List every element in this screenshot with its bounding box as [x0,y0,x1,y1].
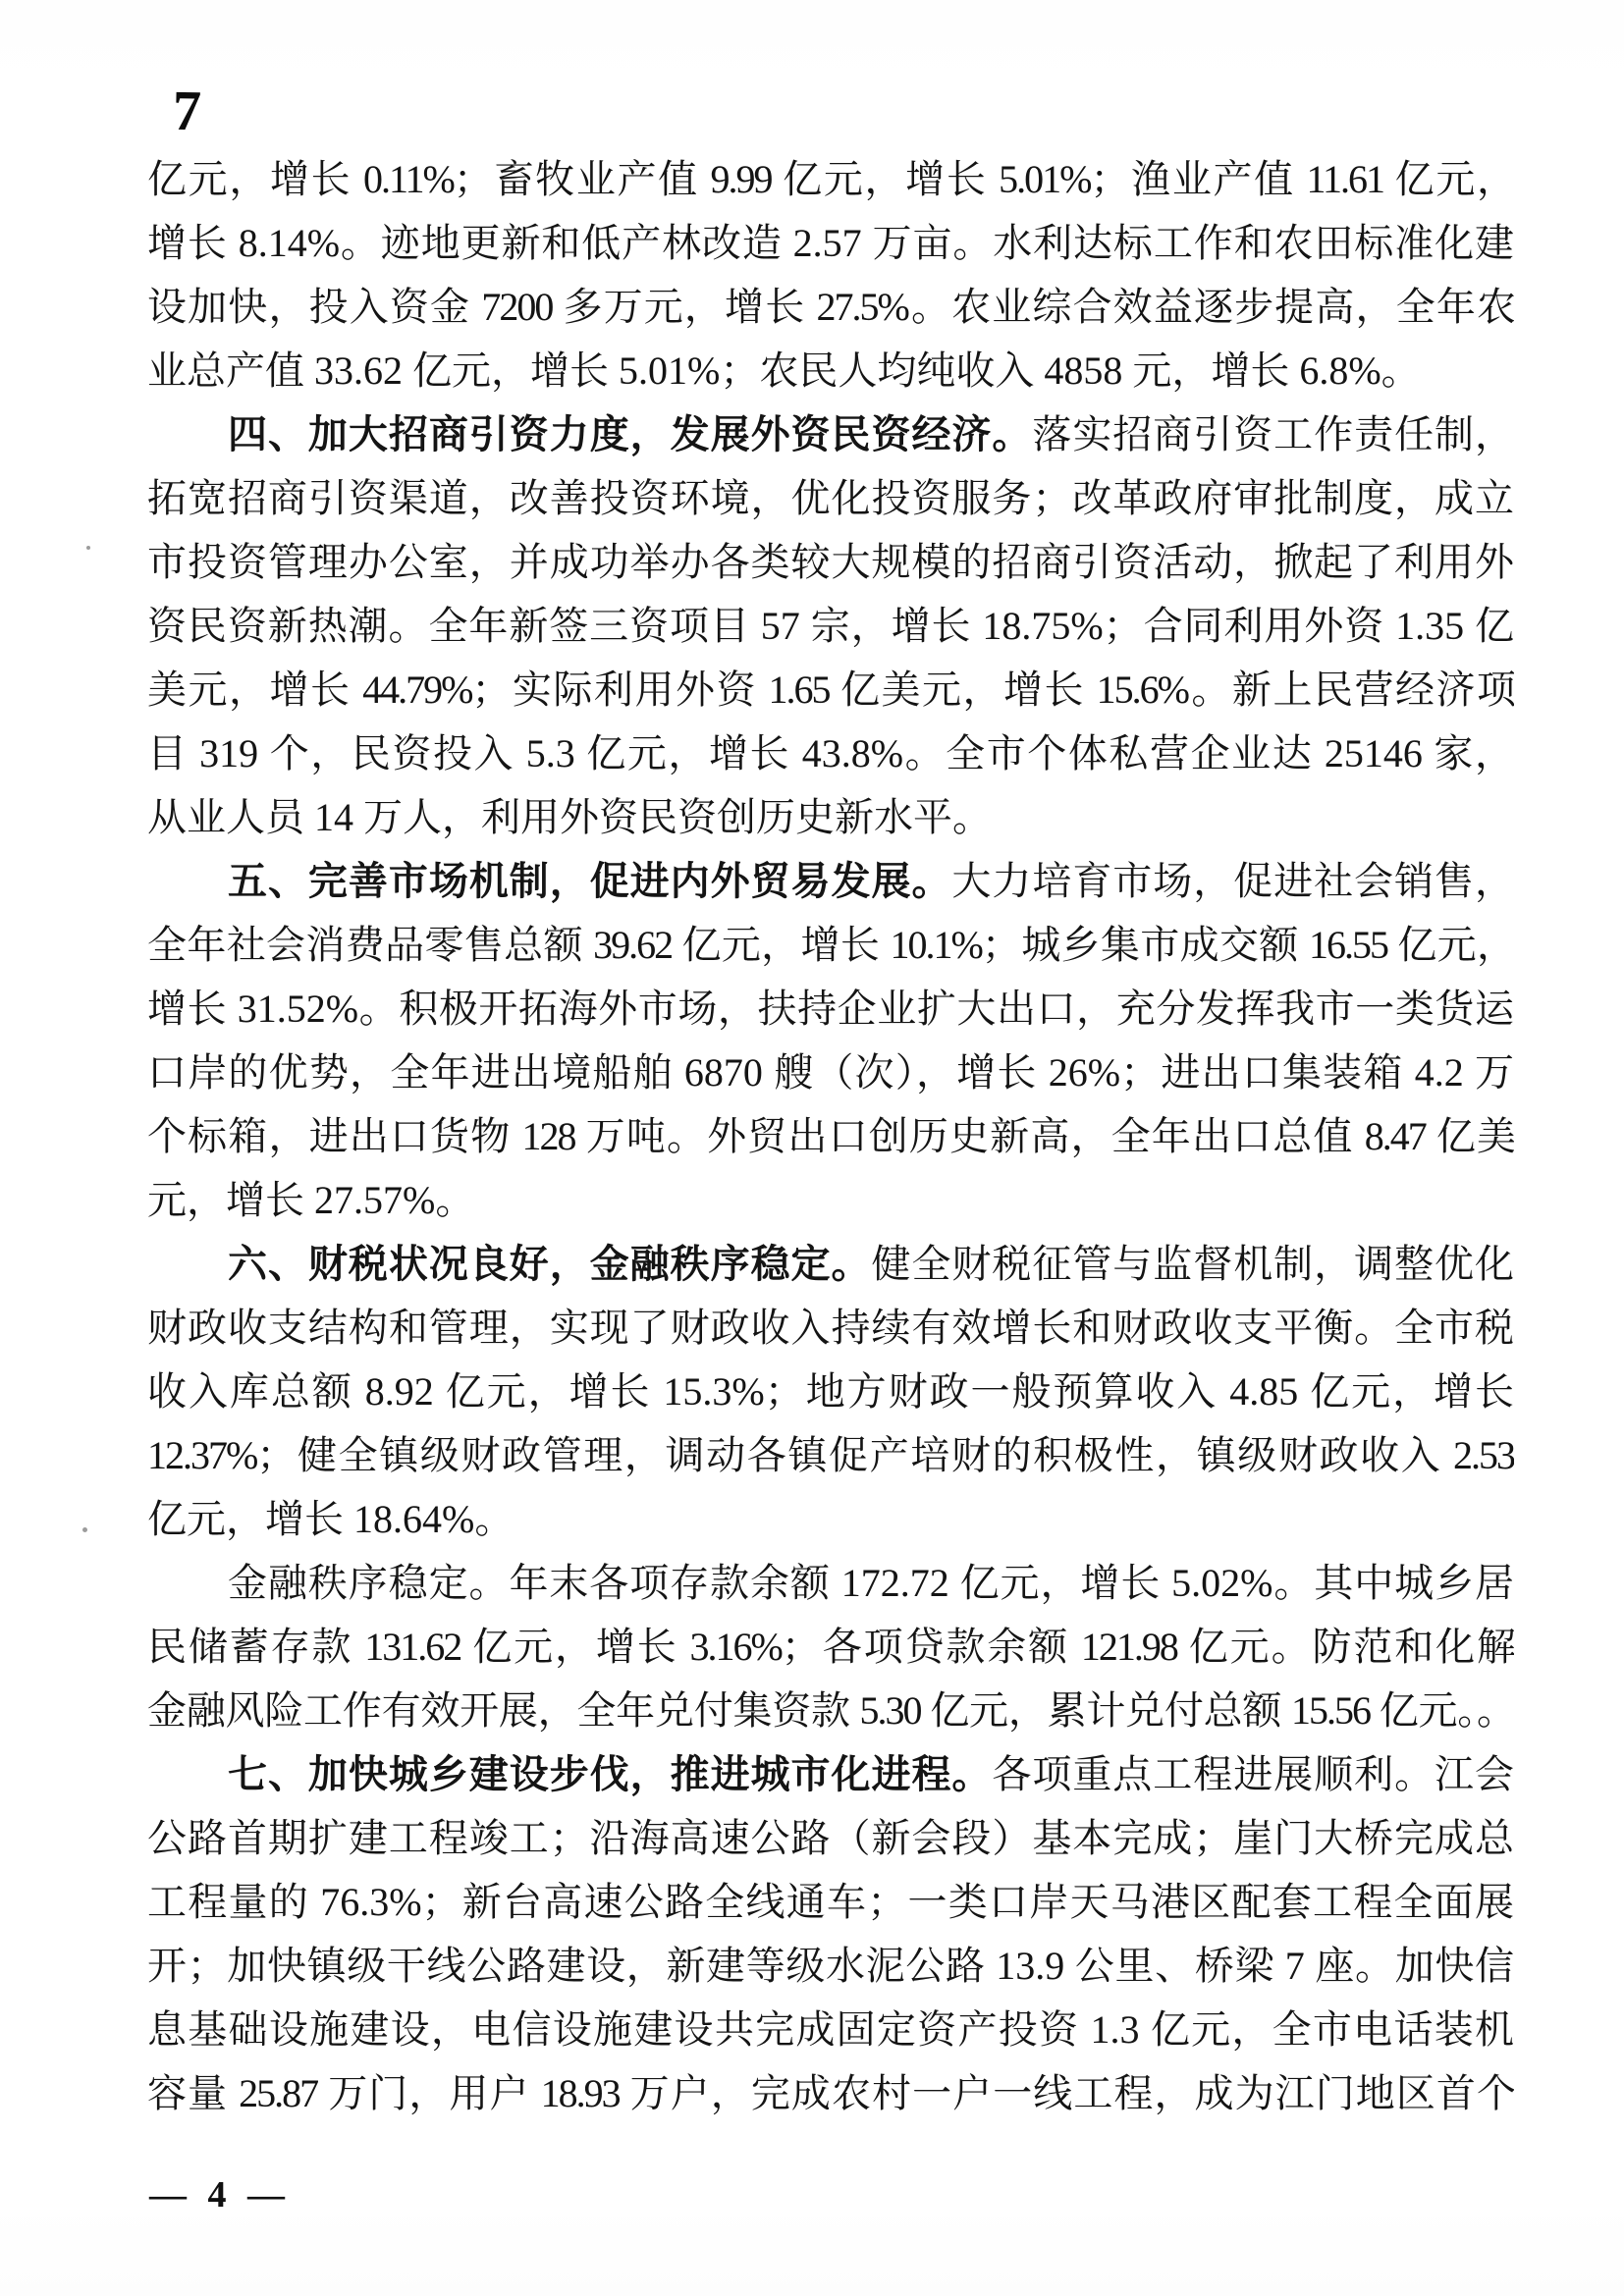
text-segment: 目 319 个，民资投入 5.3 亿元，增长 43.8%。全市个体私营企业达 2… [147,731,1514,775]
text-line: 金融风险工作有效开展，全年兑付集资款 5.30 亿元，累计兑付总额 15.56 … [147,1679,1514,1742]
text-line: 全年社会消费品零售总额 39.62 亿元，增长 10.1%；城乡集市成交额 16… [147,913,1514,977]
text-segment: 金融风险工作有效开展，全年兑付集资款 5.30 亿元，累计兑付总额 15.56 … [147,1688,1514,1733]
scanned-page: { "page": { "handwritten_mark": "7", "fo… [0,0,1624,2296]
text-line: 市投资管理办公室，并成功举办各类较大规模的招商引资活动，掀起了利用外 [147,530,1514,594]
text-line: 拓宽招商引资渠道，改善投资环境，优化投资服务；改革政府审批制度，成立 [147,466,1514,530]
text-line: 财政收支结构和管理，实现了财政收入持续有效增长和财政收支平衡。全市税 [147,1296,1514,1360]
text-line: 个标箱，进出口货物 128 万吨。外贸出口创历史新高，全年出口总值 8.47 亿… [147,1104,1514,1168]
text-segment: 全年社会消费品零售总额 39.62 亿元，增长 10.1%；城乡集市成交额 16… [147,923,1514,967]
text-segment: 亿元，增长 0.11%；畜牧业产值 9.99 亿元，增长 5.01%；渔业产值 … [147,157,1514,201]
text-line: 目 319 个，民资投入 5.3 亿元，增长 43.8%。全市个体私营企业达 2… [147,721,1514,785]
scan-speck [86,546,90,550]
text-segment: 健全财税征管与监督机制，调整优化 [871,1242,1514,1286]
text-segment: 亿元，增长 18.64%。 [147,1497,514,1541]
text-block: 亿元，增长 0.11%；畜牧业产值 9.99 亿元，增长 5.01%；渔业产值 … [147,147,1514,2125]
text-line: 五、完善市场机制，促进内外贸易发展。大力培育市场，促进社会销售， [147,849,1514,913]
text-line: 容量 25.87 万门，用户 18.93 万户，完成农村一户一线工程，成为江门地… [147,2061,1514,2125]
text-segment: 落实招商引资工作责任制， [1032,412,1514,456]
text-line: 资民资新热潮。全年新签三资项目 57 宗，增长 18.75%；合同利用外资 1.… [147,594,1514,658]
text-segment: 从业人员 14 万人，利用外资民资创历史新水平。 [147,795,992,839]
text-segment: 资民资新热潮。全年新签三资项目 57 宗，增长 18.75%；合同利用外资 1.… [147,604,1514,648]
section-heading: 五、完善市场机制，促进内外贸易发展。 [228,860,951,903]
text-line: 民储蓄存款 131.62 亿元，增长 3.16%；各项贷款余额 121.98 亿… [147,1615,1514,1679]
text-segment: 元，增长 27.57%。 [147,1178,474,1222]
text-segment: 市投资管理办公室，并成功举办各类较大规模的招商引资活动，掀起了利用外 [147,540,1514,584]
text-segment: 财政收支结构和管理，实现了财政收入持续有效增长和财政收支平衡。全市税 [147,1306,1514,1350]
text-line: 七、加快城乡建设步伐，推进城市化进程。各项重点工程进展顺利。江会 [147,1742,1514,1806]
text-line: 口岸的优势，全年进出境船舶 6870 艘（次），增长 26%；进出口集装箱 4.… [147,1041,1514,1104]
text-segment: 各项重点工程进展顺利。江会 [992,1752,1514,1796]
handwritten-page-mark: 7 [172,82,201,139]
text-segment: 设加快，投入资金 7200 多万元，增长 27.5%。农业综合效益逐步提高，全年… [147,285,1514,329]
text-segment: 息基础设施建设，电信设施建设共完成固定资产投资 1.3 亿元，全市电话装机 [147,2007,1514,2052]
scan-speck [82,1527,87,1532]
text-segment: 拓宽招商引资渠道，改善投资环境，优化投资服务；改革政府审批制度，成立 [147,476,1514,520]
text-segment: 工程量的 76.3%；新台高速公路全线通车；一类口岸天马港区配套工程全面展 [147,1880,1514,1924]
text-line: 四、加大招商引资力度，发展外资民资经济。落实招商引资工作责任制， [147,402,1514,466]
text-line: 公路首期扩建工程竣工；沿海高速公路（新会段）基本完成；崖门大桥完成总 [147,1806,1514,1870]
text-segment: 收入库总额 8.92 亿元，增长 15.3%；地方财政一般预算收入 4.85 亿… [147,1369,1514,1414]
text-line: 业总产值 33.62 亿元，增长 5.01%；农民人均纯收入 4858 元，增长… [147,339,1514,402]
text-line: 美元，增长 44.79%；实际利用外资 1.65 亿美元，增长 15.6%。新上… [147,658,1514,721]
text-line: 从业人员 14 万人，利用外资民资创历史新水平。 [147,785,1514,849]
text-segment: 开；加快镇级干线公路建设，新建等级水泥公路 13.9 公里、桥梁 7 座。加快信 [147,1944,1514,1988]
text-line: 收入库总额 8.92 亿元，增长 15.3%；地方财政一般预算收入 4.85 亿… [147,1360,1514,1423]
text-line: 金融秩序稳定。年末各项存款余额 172.72 亿元，增长 5.02%。其中城乡居 [147,1551,1514,1615]
text-segment: 容量 25.87 万门，用户 18.93 万户，完成农村一户一线工程，成为江门地… [147,2071,1514,2115]
text-segment: 公路首期扩建工程竣工；沿海高速公路（新会段）基本完成；崖门大桥完成总 [147,1816,1514,1860]
text-segment: 民储蓄存款 131.62 亿元，增长 3.16%；各项贷款余额 121.98 亿… [147,1625,1514,1669]
text-line: 元，增长 27.57%。 [147,1168,1514,1232]
text-line: 息基础设施建设，电信设施建设共完成固定资产投资 1.3 亿元，全市电话装机 [147,1998,1514,2061]
text-segment: 增长 8.14%。迹地更新和低产林改造 2.57 万亩。水利达标工作和农田标准化… [147,221,1514,265]
text-line: 工程量的 76.3%；新台高速公路全线通车；一类口岸天马港区配套工程全面展 [147,1870,1514,1934]
text-segment: 增长 31.52%。积极开拓海外市场，扶持企业扩大出口，充分发挥我市一类货运 [147,987,1514,1031]
document-page: 7 亿元，增长 0.11%；畜牧业产值 9.99 亿元，增长 5.01%；渔业产… [0,0,1624,2296]
text-segment: 12.37%；健全镇级财政管理，调动各镇促产培财的积极性，镇级财政收入 2.53 [147,1433,1514,1477]
text-line: 增长 31.52%。积极开拓海外市场，扶持企业扩大出口，充分发挥我市一类货运 [147,977,1514,1041]
text-segment: 大力培育市场，促进社会销售， [951,859,1514,903]
text-line: 开；加快镇级干线公路建设，新建等级水泥公路 13.9 公里、桥梁 7 座。加快信 [147,1934,1514,1998]
text-line: 六、财税状况良好，金融秩序稳定。健全财税征管与监督机制，调整优化 [147,1232,1514,1296]
text-line: 12.37%；健全镇级财政管理，调动各镇促产培财的积极性，镇级财政收入 2.53 [147,1423,1514,1487]
section-heading: 四、加大招商引资力度，发展外资民资经济。 [228,413,1032,456]
section-heading: 六、财税状况良好，金融秩序稳定。 [228,1243,871,1286]
text-segment: 金融秩序稳定。年末各项存款余额 172.72 亿元，增长 5.02%。其中城乡居 [228,1561,1514,1605]
text-segment: 美元，增长 44.79%；实际利用外资 1.65 亿美元，增长 15.6%。新上… [147,667,1514,712]
section-heading: 七、加快城乡建设步伐，推进城市化进程。 [228,1753,992,1796]
page-number-footer: — 4 — [149,2165,291,2224]
text-segment: 业总产值 33.62 亿元，增长 5.01%；农民人均纯收入 4858 元，增长… [147,348,1421,393]
text-line: 增长 8.14%。迹地更新和低产林改造 2.57 万亩。水利达标工作和农田标准化… [147,211,1514,275]
text-line: 亿元，增长 18.64%。 [147,1487,1514,1551]
text-line: 设加快，投入资金 7200 多万元，增长 27.5%。农业综合效益逐步提高，全年… [147,275,1514,339]
text-segment: 口岸的优势，全年进出境船舶 6870 艘（次），增长 26%；进出口集装箱 4.… [147,1050,1514,1095]
text-line: 亿元，增长 0.11%；畜牧业产值 9.99 亿元，增长 5.01%；渔业产值 … [147,147,1514,211]
text-segment: 个标箱，进出口货物 128 万吨。外贸出口创历史新高，全年出口总值 8.47 亿… [147,1114,1514,1158]
